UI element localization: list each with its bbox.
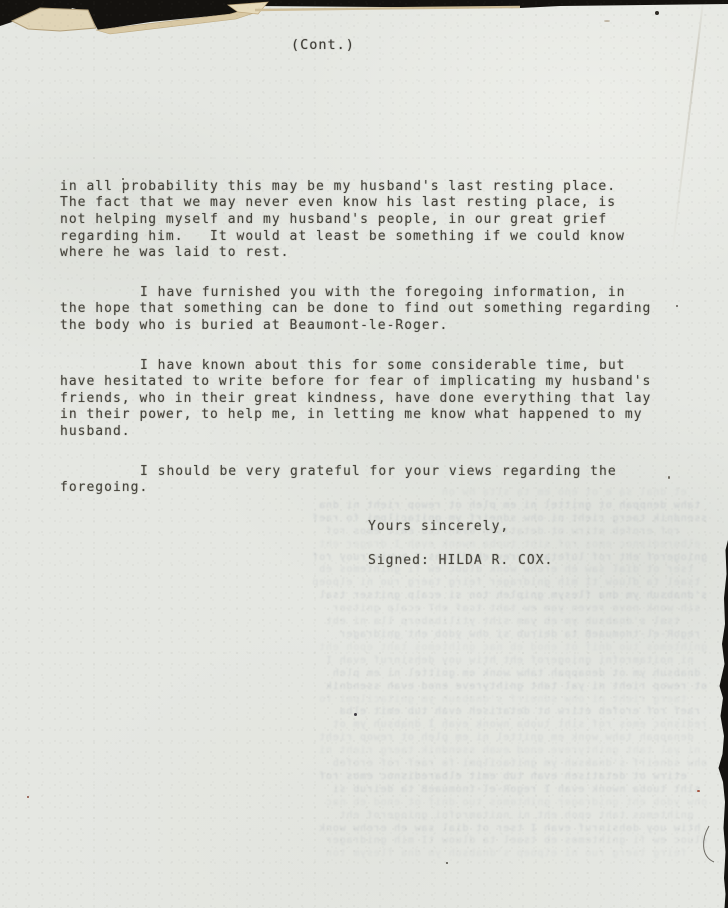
bleed-through-line: tsal s'dnabsuh ym eb yam siht ytilibabor… — [16, 616, 714, 629]
typewritten-line: I should be very grateful for your views… — [60, 464, 700, 481]
bleed-through-line: htiw uoy dehsinruf evah I tser ot dial s… — [16, 823, 714, 836]
paragraph: I have furnished you with the foregoing … — [60, 285, 700, 335]
bleed-through-line: raef rof erofeb etirw ot detatiseh evah … — [16, 706, 714, 719]
typewritten-line: The fact that we may never even know his… — [60, 195, 700, 212]
paper-speck — [676, 305, 678, 307]
paper-speck — [354, 713, 357, 716]
typewritten-line: in their power, to help me, in letting m… — [60, 407, 700, 424]
bleed-through-line: regoR-el-tnomuaeB ta deirub si ohw ydob … — [16, 629, 714, 642]
closing-line: Yours sincerely, — [60, 519, 700, 536]
typewritten-line: in all probability this may be my husban… — [60, 179, 700, 196]
bleed-through-line: ot rewop rieht ni yal taht gnihtyreve en… — [16, 681, 714, 694]
typewritten-line: the hope that something can be done to f… — [60, 301, 700, 318]
bleed-through-line: redisnoc emos rof siht tuoba nwonk evah … — [16, 719, 714, 732]
paragraph: I have known about this for some conside… — [60, 358, 700, 441]
bleed-through-line: ohw ydob eht gnidrager gnihtemos tuo dni… — [16, 797, 714, 810]
bleed-through-line: gnihtemos taht epoh eht ni noitamrofni g… — [16, 810, 714, 823]
letter-page: et dnal sa e ot eno em ta slta hw on tah… — [0, 0, 728, 908]
signature-line: Signed: HILDA R. COX. — [60, 553, 700, 570]
typewritten-line: the body who is buried at Beaumont-le-Ro… — [60, 318, 700, 335]
continuation-label: (Cont.) — [291, 37, 355, 53]
typewritten-line: where he was laid to rest. — [60, 245, 700, 262]
typewritten-line: regarding him. It would at least be some… — [60, 229, 700, 246]
paper-speck — [604, 20, 610, 22]
bleed-through-line: etirw ot detatiseh evah tub emit elbared… — [16, 771, 714, 784]
paper-fiber — [690, 822, 718, 866]
paper-speck — [697, 790, 700, 792]
paragraph: I should be very grateful for your views… — [60, 464, 700, 497]
bleed-through-line: ni yal taht gnihtyreve enod evah ssendni… — [16, 745, 714, 758]
paragraph: in all probability this may be my husban… — [60, 179, 700, 262]
typewritten-line: friends, who in their great kindness, ha… — [60, 391, 700, 408]
bleed-through-line: feirg taerg ruo ni elpoep s'dnabsuh ym d… — [16, 848, 714, 861]
paper-speck — [446, 862, 448, 864]
typewritten-line: husband. — [60, 424, 700, 441]
torn-top-edge — [0, 0, 728, 38]
bleed-through-line: dnabsuh ym ot denappah tahw wonk em gnit… — [16, 668, 714, 681]
bleed-through-line: ohw sdneirf s'dnabsuh ym gnitacilpmi fo … — [16, 758, 714, 771]
bleed-through-line: s'dnabsuh ym dna flesym gnipleh ton si e… — [16, 590, 714, 603]
typewritten-line: not helping myself and my husband's peop… — [60, 212, 700, 229]
typewritten-line: I have furnished you with the foregoing … — [60, 285, 700, 302]
typewritten-line: have hesitated to write before for fear … — [60, 374, 700, 391]
paper-speck — [27, 796, 29, 798]
bleed-through-line: sih wonk neve reven yam ew taht tcaf ehT… — [16, 603, 714, 616]
bleed-through-line: siht tuoba nwonk evah I regoR-el-tnomuae… — [16, 784, 714, 797]
letter-body: in all probability this may be my husban… — [60, 129, 700, 570]
paper-speck — [655, 11, 659, 15]
bleed-through-line: denappah tahw wonk em gnittel ni em pleh… — [16, 732, 714, 745]
typewritten-line: I have known about this for some conside… — [60, 358, 700, 375]
paper-speck — [122, 178, 124, 180]
bleed-through-line: dluoc ew fi gnihtemos eb tsael ta dluow … — [16, 835, 714, 848]
paper-speck — [668, 476, 670, 479]
typewritten-line: foregoing. — [60, 480, 700, 497]
bleed-through-line: tsael ta dluow tI mih gnidrager feirg ta… — [16, 577, 714, 590]
bleed-through-line: taerg rieht ni ohw sdneirf s'dnabsuh ym … — [16, 694, 714, 707]
bleed-through-line: ni noitamrofni gniogerof eht htiw uoy de… — [16, 655, 714, 668]
bleed-through-line: gnihtemos tuo dnif ot enod eb nac gnihte… — [16, 642, 714, 655]
